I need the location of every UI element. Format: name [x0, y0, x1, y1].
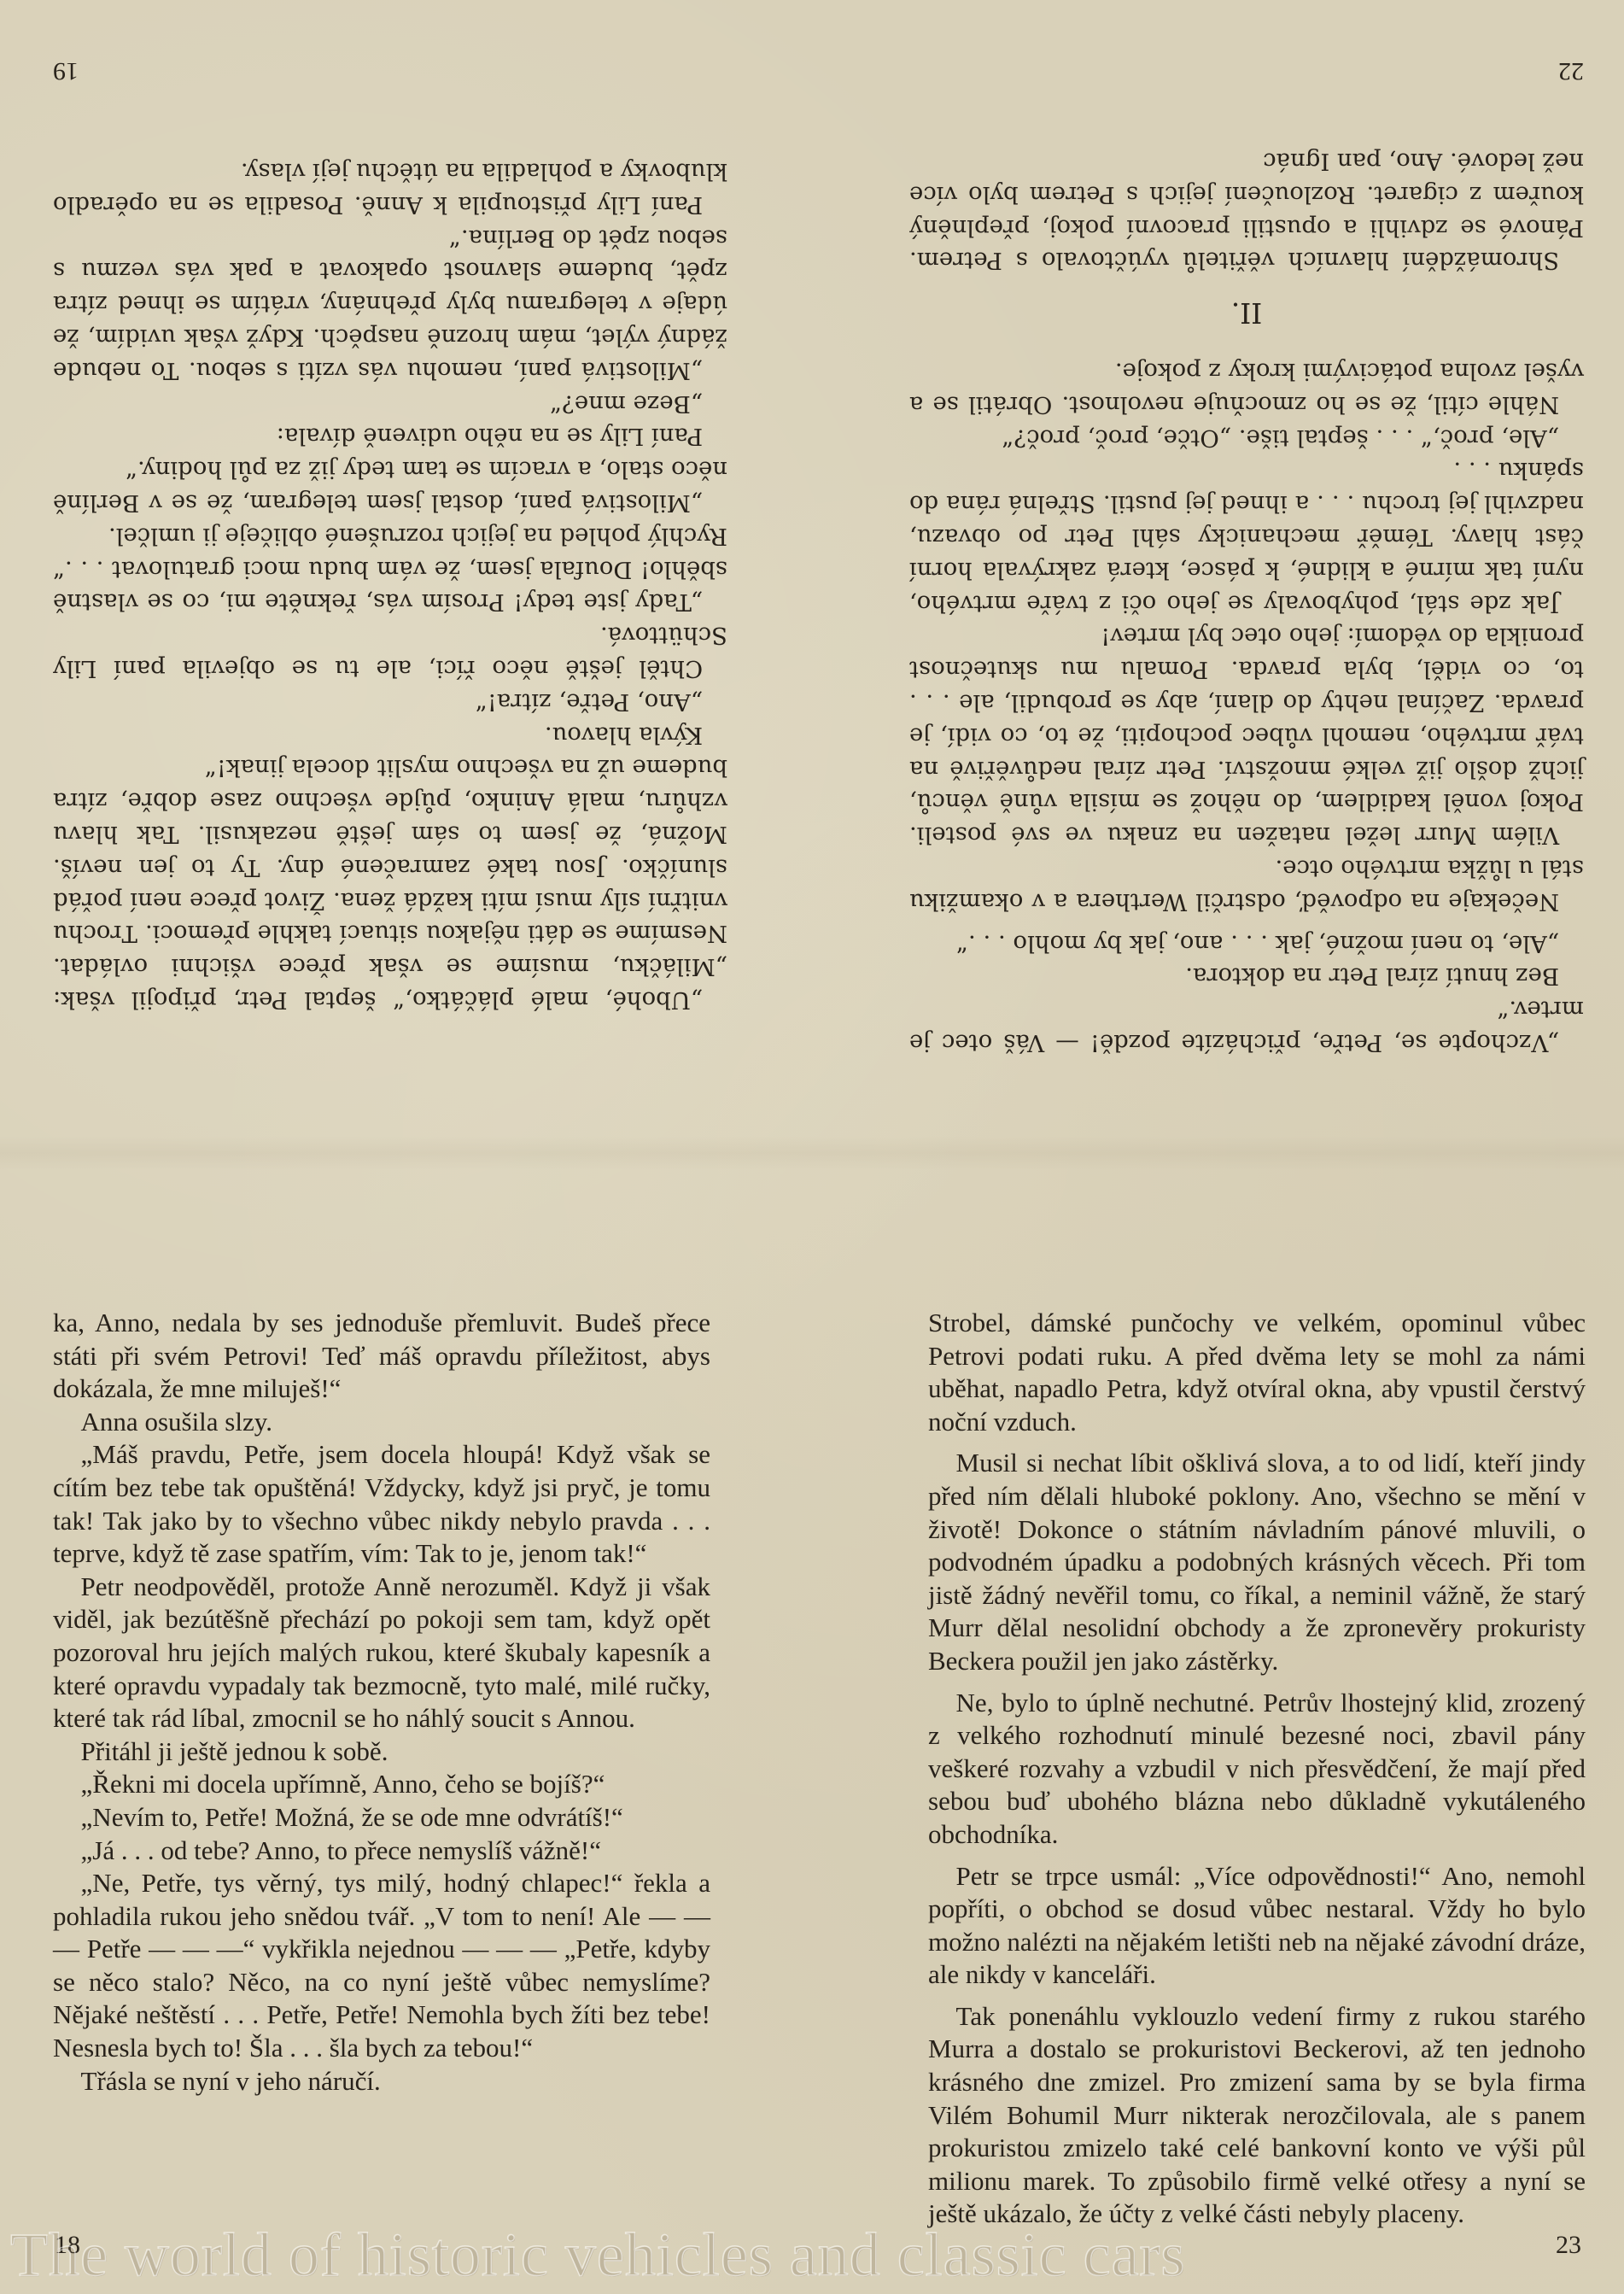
paragraph: „Ale, proč,“ . . . šeptal tiše. „Otče, p… — [909, 421, 1584, 454]
paragraph: „Ne, Petře, tys věrný, tys milý, hodný c… — [53, 1867, 710, 2065]
page-22-upside-down: „Vzchopte se, Petře, přicházíte pozdě! —… — [909, 17, 1584, 1059]
paragraph: „Tady jste tedy! Prosím vás, řekněte mi,… — [53, 519, 727, 618]
paragraph: Shromáždění hlavních věřitelů vyúčtovalo… — [909, 144, 1584, 277]
paragraph: „Nevím to, Petře! Možná, že se ode mne o… — [53, 1801, 710, 1835]
paragraph: „Milostivá paní, dostal jsem telegram, ž… — [53, 453, 727, 519]
paragraph: „Já . . . od tebe? Anno, to přece nemysl… — [53, 1835, 710, 1868]
paragraph: Třásla se nyní v jeho náručí. — [53, 2065, 710, 2098]
paragraph: Paní Lily přistoupila k Anně. Posadila s… — [53, 155, 727, 221]
paragraph: „Milostivá paní, nemohu vás vzíti s sebo… — [53, 221, 727, 387]
paragraph: Nečekaje na odpověď, odstrčil Werthera a… — [909, 851, 1584, 918]
paragraph: Tak ponenáhlu vyklouzlo vedení firmy z r… — [928, 2000, 1586, 2231]
paragraph: „Vzchopte se, Petře, přicházíte pozdě! —… — [909, 992, 1584, 1059]
paragraph: Musil si nechat líbit ošklivá slova, a t… — [928, 1447, 1586, 1677]
paragraph: Anna osušila slzy. — [53, 1406, 710, 1439]
paragraph: „Ano, Petře, zítra!“ — [53, 685, 727, 718]
paragraph: „Ubohé, malé pláčátko,“ šeptal Petr, při… — [53, 752, 727, 1016]
paragraph: Paní Lily se na něho udiveně dívala: — [53, 420, 727, 454]
paragraph: Chtěl ještě něco říci, ale tu se objevil… — [53, 618, 727, 685]
paragraph: „Ale, to není možné, jak . . . ano, jak … — [909, 927, 1584, 960]
paragraph: Petr se trpce usmál: „Více odpovědnosti!… — [928, 1860, 1586, 1992]
paragraph: Jak zde stál, pohybovaly se jeho oči z t… — [909, 454, 1584, 620]
page-22-body: „Vzchopte se, Petře, přicházíte pozdě! —… — [909, 144, 1584, 1059]
page-19-body: „Ubohé, malé pláčátko,“ šeptal Petr, při… — [53, 155, 727, 1016]
page-number: 22 — [1558, 56, 1584, 85]
page-number-18: 18 — [55, 2231, 80, 2260]
paragraph: Náhle cítil, že se ho zmocňuje nevolnost… — [909, 354, 1584, 421]
paragraph: Kývla hlavou. — [53, 718, 727, 752]
page-number: 19 — [53, 56, 79, 85]
paragraph: „Beze mne?“ — [53, 387, 727, 420]
fold-shadow — [0, 1136, 1624, 1170]
paragraph: Ne, bylo to úplně nechutné. Petrův lhost… — [928, 1687, 1586, 1852]
chapter-heading: II. — [909, 296, 1584, 329]
page-18-body: ka, Anno, nedala by ses jednoduše přemlu… — [53, 1307, 710, 2098]
page-19-upside-down: „Ubohé, malé pláčátko,“ šeptal Petr, při… — [53, 26, 727, 1076]
page-number-23: 23 — [1556, 2231, 1581, 2260]
paragraph: „Řekni mi docela upřímně, Anno, čeho se … — [53, 1768, 710, 1801]
paragraph: Petr neodpověděl, protože Anně nerozuměl… — [53, 1571, 710, 1735]
paragraph: Strobel, dámské punčochy ve velkém, opom… — [928, 1307, 1586, 1438]
paragraph: ka, Anno, nedala by ses jednoduše přemlu… — [53, 1307, 710, 1406]
page-23-body: Strobel, dámské punčochy ve velkém, opom… — [928, 1307, 1586, 2231]
paragraph: Vilém Murr ležel natažen na znaku ve své… — [909, 620, 1584, 852]
paragraph: Přitáhl ji ještě jednou k sobě. — [53, 1735, 710, 1769]
paragraph: Bez hnutí zíral Petr na doktora. — [909, 960, 1584, 993]
paragraph: „Máš pravdu, Petře, jsem docela hloupá! … — [53, 1438, 710, 1570]
